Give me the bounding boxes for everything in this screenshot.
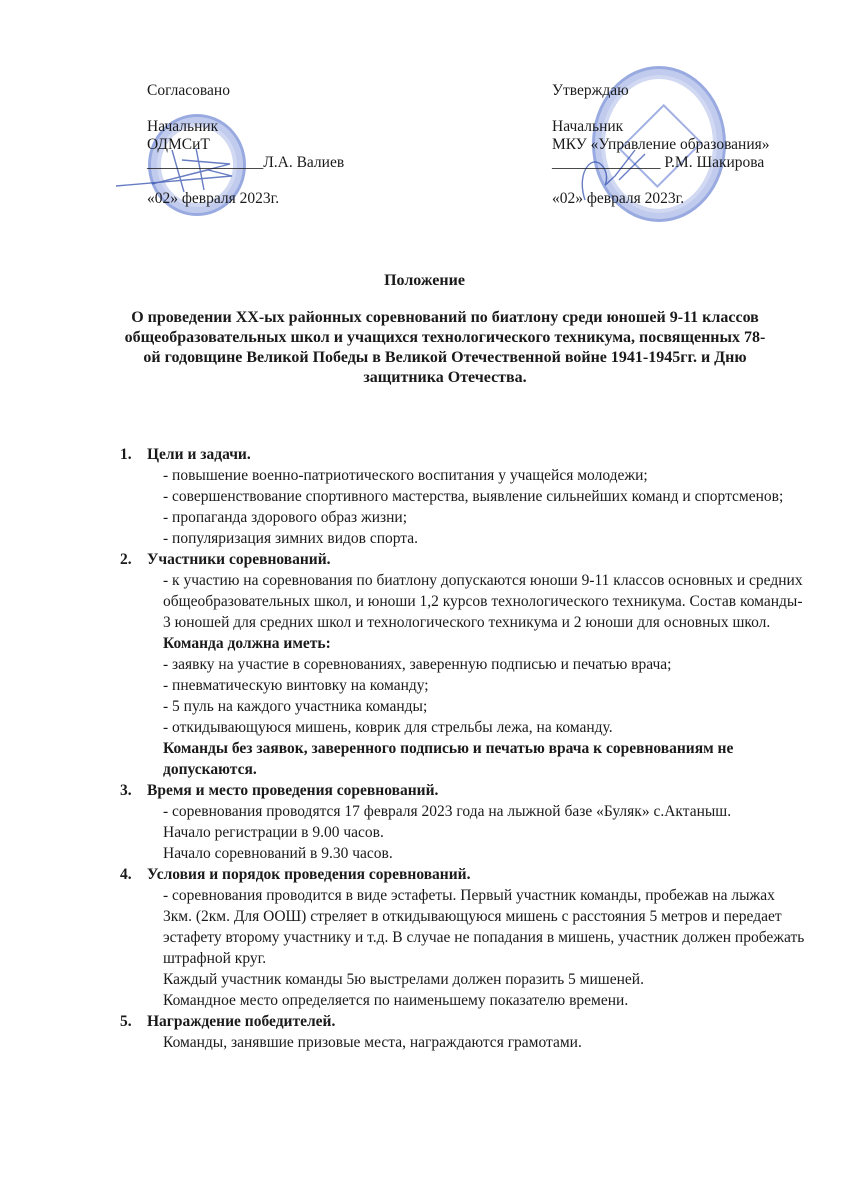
- section-subheading: Команда должна иметь:: [163, 633, 807, 654]
- sections-list: 1.Цели и задачи. - повышение военно-патр…: [147, 444, 807, 1053]
- section-heading: Участники соревнований.: [147, 551, 331, 568]
- section-line: Командное место определяется по наименьш…: [163, 990, 807, 1011]
- section-line: - соревнования проводятся 17 февраля 202…: [163, 801, 807, 822]
- approval-date: «02» февраля 2023г.: [147, 190, 407, 208]
- section-line: - 5 пуль на каждого участника команды;: [163, 696, 807, 717]
- section-line: Начало соревнований в 9.30 часов.: [163, 843, 807, 864]
- approval-block-right: Утверждаю Начальник МКУ «Управление обра…: [552, 82, 822, 208]
- section-line: - пневматическую винтовку на команду;: [163, 675, 807, 696]
- section-number: 2.: [120, 549, 132, 570]
- section-heading: Условия и порядок проведения соревновани…: [147, 866, 470, 883]
- section-number: 4.: [120, 864, 132, 885]
- section-heading: Награждение победителей.: [147, 1013, 335, 1030]
- section-line: - совершенствование спортивного мастерст…: [163, 486, 807, 507]
- section-time-place: 3.Время и место проведения соревнований.…: [147, 780, 807, 864]
- approval-department: ОДМСиТ: [147, 136, 407, 154]
- section-awards: 5.Награждение победителей. Команды, заня…: [147, 1011, 807, 1053]
- approve-organization: МКУ «Управление образования»: [552, 136, 822, 154]
- document-subtitle: О проведении XX-ых районных соревнований…: [120, 308, 770, 388]
- approve-position: Начальник: [552, 118, 822, 136]
- section-line: - заявку на участие в соревнованиях, зав…: [163, 654, 807, 675]
- section-number: 5.: [120, 1011, 132, 1032]
- section-number: 3.: [120, 780, 132, 801]
- section-line: - пропаганда здорового образ жизни;: [163, 507, 807, 528]
- section-line: - популяризация зимних видов спорта.: [163, 528, 807, 549]
- section-participants: 2.Участники соревнований. - к участию на…: [147, 549, 807, 780]
- section-number: 1.: [120, 444, 132, 465]
- section-line: Начало регистрации в 9.00 часов.: [163, 822, 807, 843]
- section-note: Команды без заявок, заверенного подписью…: [163, 738, 807, 780]
- section-line: - откидывающуюся мишень, коврик для стре…: [163, 717, 807, 738]
- approval-signature-line: _______________Л.А. Валиев: [147, 154, 407, 172]
- section-line: - соревнования проводится в виде эстафет…: [163, 885, 807, 969]
- section-line: - к участию на соревнования по биатлону …: [163, 570, 807, 633]
- approve-label: Утверждаю: [552, 82, 822, 100]
- section-line: - повышение военно-патриотического воспи…: [163, 465, 807, 486]
- approve-date: «02» февраля 2023г.: [552, 190, 822, 208]
- section-goals: 1.Цели и задачи. - повышение военно-патр…: [147, 444, 807, 549]
- approval-label: Согласовано: [147, 82, 407, 100]
- approval-block-left: Согласовано Начальник ОДМСиТ ___________…: [147, 82, 407, 208]
- approve-signature-line: ______________ Р.М. Шакирова: [552, 154, 822, 172]
- document-title: Положение: [0, 272, 849, 290]
- section-line: Каждый участник команды 5ю выстрелами до…: [163, 969, 807, 990]
- section-line: Команды, занявшие призовые места, награж…: [163, 1032, 807, 1053]
- section-conditions: 4.Условия и порядок проведения соревнова…: [147, 864, 807, 1011]
- approval-position: Начальник: [147, 118, 407, 136]
- section-heading: Время и место проведения соревнований.: [147, 782, 438, 799]
- section-heading: Цели и задачи.: [147, 446, 251, 463]
